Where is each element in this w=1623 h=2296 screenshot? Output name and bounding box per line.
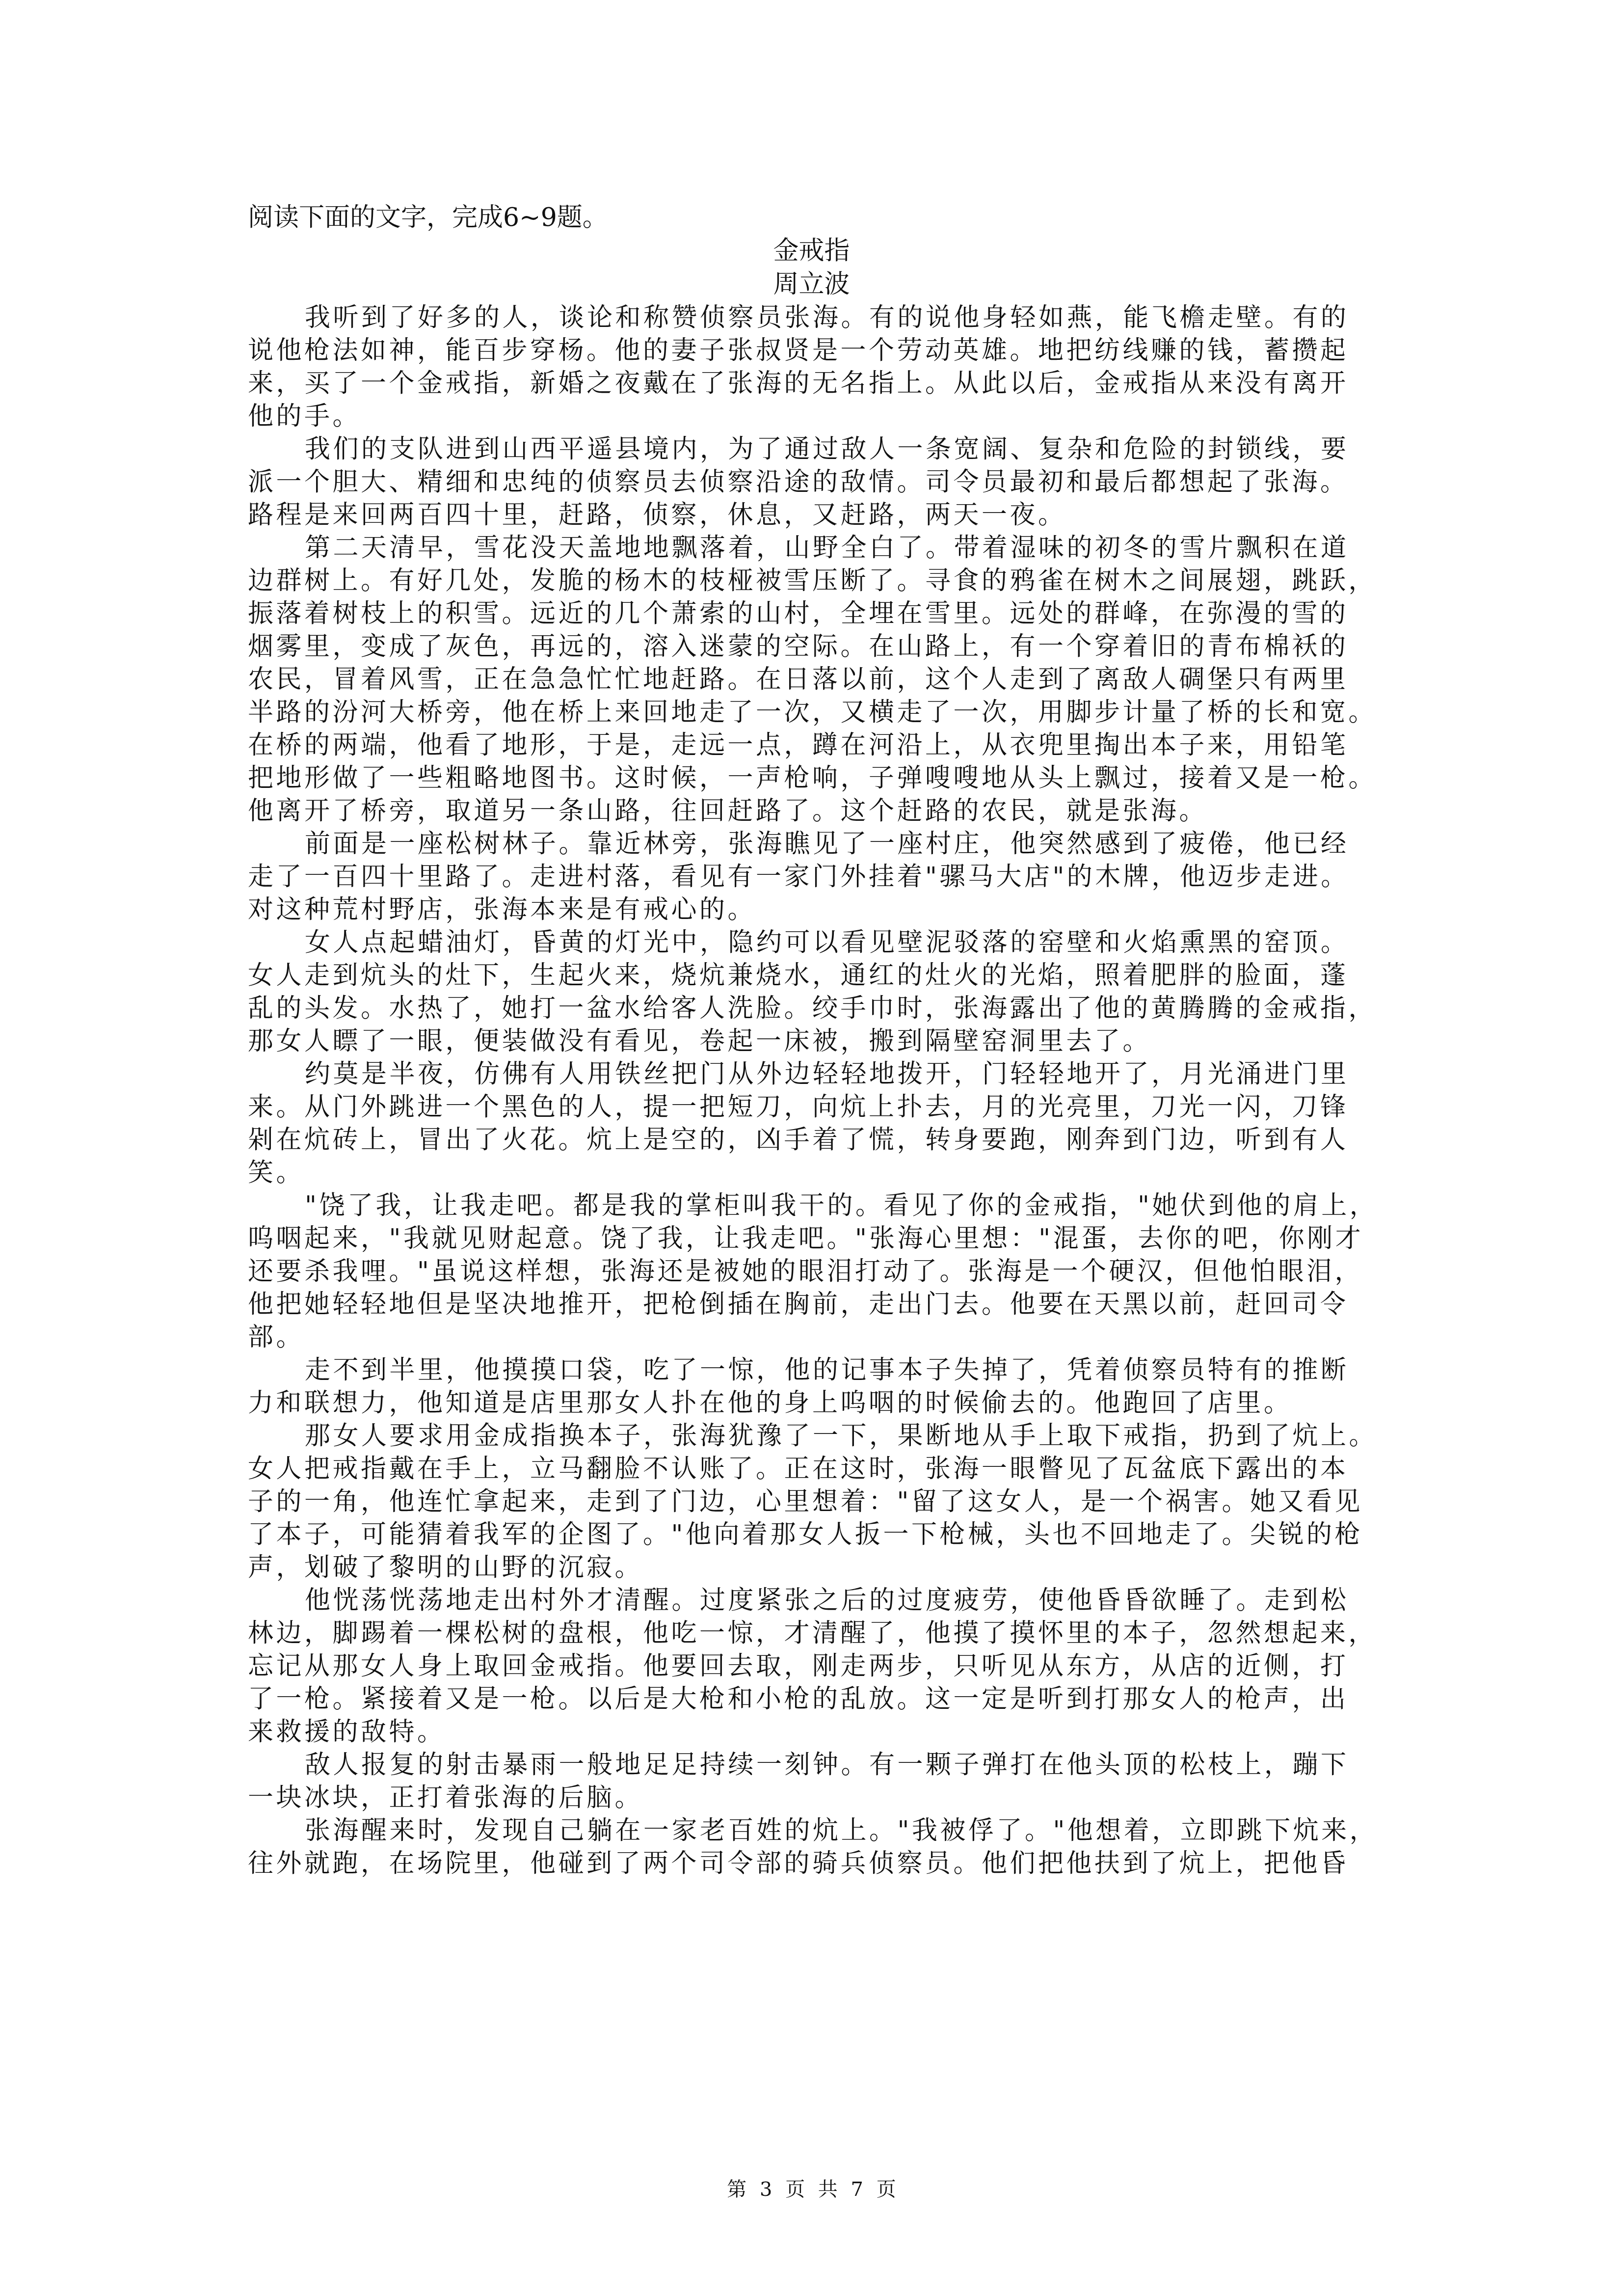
text-line: 那女人瞟了一眼，便装做没有看见，卷起一床被，搬到隔壁窑洞里去了。 [248, 1025, 1362, 1058]
text-line: 来救援的敌特。 [248, 1716, 1362, 1749]
article-body: 我听到了好多的人，谈论和称赞侦察员张海。有的说他身轻如燕，能飞檐走壁。有的说他枪… [248, 301, 1362, 1880]
text-line: 呜咽起来，"我就见财起意。饶了我，让我走吧。"张海心里想："混蛋，去你的吧，你刚… [248, 1222, 1362, 1255]
text-line: 他的手。 [248, 400, 1362, 433]
text-line: 半路的汾河大桥旁，他在桥上来回地走了一次，又横走了一次，用脚步计量了桥的长和宽。 [248, 696, 1362, 729]
text-line: 忘记从那女人身上取回金戒指。他要回去取，刚走两步，只听见从东方，从店的近侧，打 [248, 1650, 1362, 1683]
text-line: 派一个胆大、精细和忠纯的侦察员去侦察沿途的敌情。司令员最初和最后都想起了张海。 [248, 466, 1362, 499]
text-line: 把地形做了一些粗略地图书。这时候，一声枪响，子弹嗖嗖地从头上飘过，接着又是一枪。 [248, 762, 1362, 795]
text-line: 农民，冒着风雪，正在急急忙忙地赶路。在日落以前，这个人走到了离敌人碉堡只有两里 [248, 663, 1362, 696]
text-line: 了一枪。紧接着又是一枪。以后是大枪和小枪的乱放。这一定是听到打那女人的枪声，出 [248, 1683, 1362, 1716]
paragraph-first-line: 约莫是半夜，仿佛有人用铁丝把门从外边轻轻地拨开，门轻轻地开了，月光涌进门里 [248, 1058, 1362, 1091]
text-line: 说他枪法如神，能百步穿杨。他的妻子张叔贤是一个劳动英雄。地把纺线赚的钱，蓄攒起 [248, 334, 1362, 367]
paragraph-first-line: 第二天清早，雪花没天盖地地飘落着，山野全白了。带着湿味的初冬的雪片飘积在道 [248, 532, 1362, 565]
text-line: 子的一角，他连忙拿起来，走到了门边，心里想着："留了这女人，是一个祸害。她又看见 [248, 1486, 1362, 1518]
text-line: 剁在炕砖上，冒出了火花。炕上是空的，凶手着了慌，转身要跑，刚奔到门边，听到有人 [248, 1124, 1362, 1157]
text-line: 走了一百四十里路了。走进村落，看见有一家门外挂着"骡马大店"的木牌，他迈步走进。 [248, 861, 1362, 893]
paragraph-first-line: 前面是一座松树林子。靠近林旁，张海瞧见了一座村庄，他突然感到了疲倦，他已经 [248, 828, 1362, 861]
text-line: 林边，脚踢着一棵松树的盘根，他吃一惊，才清醒了，他摸了摸怀里的本子，忽然想起来， [248, 1617, 1362, 1650]
text-line: 部。 [248, 1321, 1362, 1354]
text-line: 他离开了桥旁，取道另一条山路，往回赶路了。这个赶路的农民，就是张海。 [248, 795, 1362, 828]
text-line: 乱的头发。水热了，她打一盆水给客人洗脸。绞手巾时，张海露出了他的黄腾腾的金戒指， [248, 992, 1362, 1025]
article-author: 周立波 [0, 268, 1623, 300]
paragraph-first-line: "饶了我，让我走吧。都是我的掌柜叫我干的。看见了你的金戒指，"她伏到他的肩上， [248, 1189, 1362, 1222]
text-line: 笑。 [248, 1157, 1362, 1189]
text-line: 来，买了一个金戒指，新婚之夜戴在了张海的无名指上。从此以后，金戒指从来没有离开 [248, 367, 1362, 400]
paragraph-first-line: 女人点起蜡油灯，昏黄的灯光中，隐约可以看见壁泥驳落的窑壁和火焰熏黑的窑顶。 [248, 926, 1362, 959]
text-line: 女人走到炕头的灶下，生起火来，烧炕兼烧水，通红的灶火的光焰，照着肥胖的脸面，蓬 [248, 959, 1362, 992]
text-line: 对这种荒村野店，张海本来是有戒心的。 [248, 893, 1362, 926]
paragraph-first-line: 他恍荡恍荡地走出村外才清醒。过度紧张之后的过度疲劳，使他昏昏欲睡了。走到松 [248, 1584, 1362, 1617]
paragraph-first-line: 走不到半里，他摸摸口袋，吃了一惊，他的记事本子失掉了，凭着侦察员特有的推断 [248, 1354, 1362, 1387]
text-line: 力和联想力，他知道是店里那女人扑在他的身上呜咽的时候偷去的。他跑回了店里。 [248, 1387, 1362, 1420]
text-line: 他把她轻轻地但是坚决地推开，把枪倒插在胸前，走出门去。他要在天黑以前，赶回司令 [248, 1288, 1362, 1321]
text-line: 来。从门外跳进一个黑色的人，提一把短刀，向炕上扑去，月的光亮里，刀光一闪，刀锋 [248, 1091, 1362, 1124]
paragraph-first-line: 那女人要求用金成指换本子，张海犹豫了一下，果断地从手上取下戒指，扔到了炕上。 [248, 1420, 1362, 1453]
text-line: 一块冰块，正打着张海的后脑。 [248, 1782, 1362, 1814]
text-line: 路程是来回两百四十里，赶路，侦察，休息，又赶路，两天一夜。 [248, 499, 1362, 532]
page-number-footer: 第 3 页 共 7 页 [0, 2177, 1623, 2202]
text-line: 边群树上。有好几处，发脆的杨木的枝桠被雪压断了。寻食的鸦雀在树木之间展翅，跳跃， [248, 565, 1362, 597]
text-line: 了本子，可能猜着我军的企图了。"他向着那女人扳一下枪械，头也不回地走了。尖锐的枪 [248, 1518, 1362, 1551]
reading-instruction: 阅读下面的文字，完成6~9题。 [248, 201, 608, 234]
text-line: 在桥的两端，他看了地形，于是，走远一点，蹲在河沿上，从衣兜里掏出本子来，用铅笔 [248, 729, 1362, 762]
text-line: 女人把戒指戴在手上，立马翻脸不认账了。正在这时，张海一眼瞥见了瓦盆底下露出的本 [248, 1453, 1362, 1486]
text-line: 振落着树枝上的积雪。远近的几个萧索的山村，全埋在雪里。远处的群峰，在弥漫的雪的 [248, 597, 1362, 630]
text-line: 声，划破了黎明的山野的沉寂。 [248, 1551, 1362, 1584]
text-line: 往外就跑，在场院里，他碰到了两个司令部的骑兵侦察员。他们把他扶到了炕上，把他昏 [248, 1847, 1362, 1880]
paragraph-first-line: 我们的支队进到山西平遥县境内，为了通过敌人一条宽阔、复杂和危险的封锁线，要 [248, 433, 1362, 466]
text-line: 还要杀我哩。"虽说这样想，张海还是被她的眼泪打动了。张海是一个硬汉，但他怕眼泪， [248, 1255, 1362, 1288]
document-page: 阅读下面的文字，完成6~9题。 金戒指 周立波 我听到了好多的人，谈论和称赞侦察… [0, 0, 1623, 2296]
paragraph-first-line: 我听到了好多的人，谈论和称赞侦察员张海。有的说他身轻如燕，能飞檐走壁。有的 [248, 301, 1362, 334]
paragraph-first-line: 敌人报复的射击暴雨一般地足足持续一刻钟。有一颗子弹打在他头顶的松枝上，蹦下 [248, 1749, 1362, 1782]
paragraph-first-line: 张海醒来时，发现自己躺在一家老百姓的炕上。"我被俘了。"他想着，立即跳下炕来， [248, 1814, 1362, 1847]
article-title: 金戒指 [0, 235, 1623, 267]
text-line: 烟雾里，变成了灰色，再远的，溶入迷蒙的空际。在山路上，有一个穿着旧的青布棉袄的 [248, 630, 1362, 663]
